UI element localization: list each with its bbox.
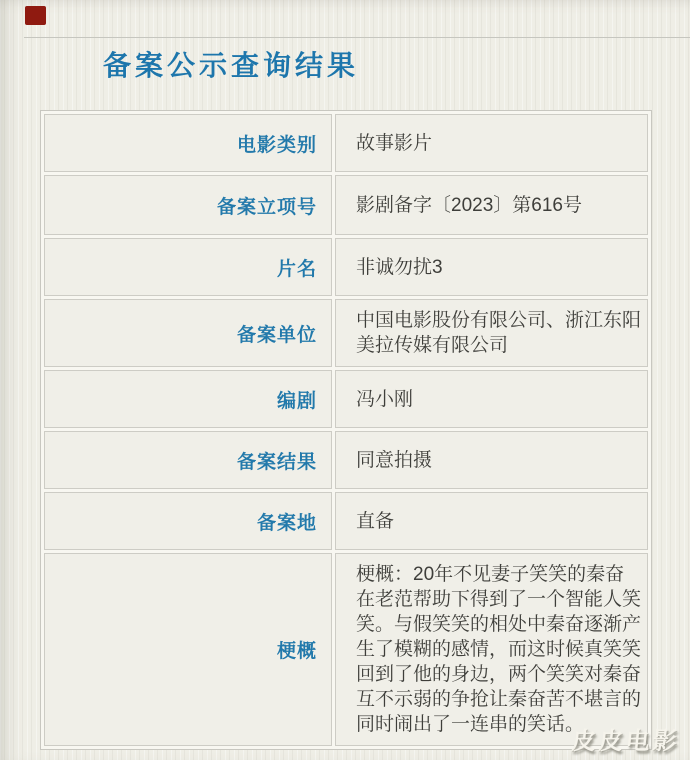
row-label: 备案立项号 xyxy=(44,175,332,235)
row-value: 直备 xyxy=(335,492,648,550)
row-registration-place: 备案地 直备 xyxy=(44,492,648,550)
row-value: 影剧备字〔2023〕第616号 xyxy=(335,175,648,235)
row-value: 故事影片 xyxy=(335,114,648,172)
row-value: 非诚勿扰3 xyxy=(335,238,648,296)
watermark-pipi-movie: 皮皮电影 xyxy=(570,721,682,756)
row-label: 备案结果 xyxy=(44,431,332,489)
row-synopsis: 梗概 梗概：20年不见妻子笑笑的秦奋在老范帮助下得到了一个智能人笑笑。与假笑笑的… xyxy=(44,553,648,746)
row-value: 冯小刚 xyxy=(335,370,648,428)
row-film-title: 片名 非诚勿扰3 xyxy=(44,238,648,296)
registration-table: 电影类别 故事影片 备案立项号 影剧备字〔2023〕第616号 片名 非诚勿扰3… xyxy=(40,110,652,750)
row-registration-number: 备案立项号 影剧备字〔2023〕第616号 xyxy=(44,175,648,235)
row-registration-unit: 备案单位 中国电影股份有限公司、浙江东阳美拉传媒有限公司 xyxy=(44,299,648,367)
row-label: 备案地 xyxy=(44,492,332,550)
page-title: 备案公示查询结果 xyxy=(103,44,359,84)
row-value: 中国电影股份有限公司、浙江东阳美拉传媒有限公司 xyxy=(335,299,648,367)
row-screenwriter: 编剧 冯小刚 xyxy=(44,370,648,428)
row-label: 梗概 xyxy=(44,553,332,746)
row-value: 同意拍摄 xyxy=(335,431,648,489)
row-value: 梗概：20年不见妻子笑笑的秦奋在老范帮助下得到了一个智能人笑笑。与假笑笑的相处中… xyxy=(335,553,648,746)
row-label: 电影类别 xyxy=(44,114,332,172)
row-label: 备案单位 xyxy=(44,299,332,367)
row-registration-result: 备案结果 同意拍摄 xyxy=(44,431,648,489)
red-corner-mark xyxy=(25,6,46,25)
query-result-page: 备案公示查询结果 电影类别 故事影片 备案立项号 影剧备字〔2023〕第616号… xyxy=(0,0,690,760)
row-film-category: 电影类别 故事影片 xyxy=(44,114,648,172)
row-label: 片名 xyxy=(44,238,332,296)
row-label: 编剧 xyxy=(44,370,332,428)
top-divider-line xyxy=(24,37,690,38)
